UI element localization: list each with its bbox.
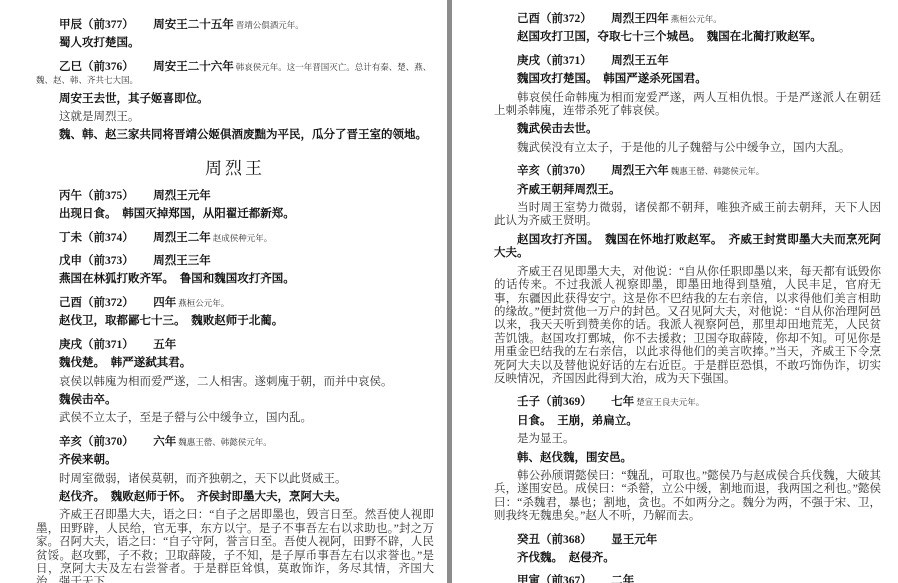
paragraph: 韩哀侯任命韩廆为相而宠爱严遂，两人互相仇恨。于是严遂派人在朝廷上刺杀韩廆，连带杀… bbox=[494, 92, 881, 119]
year-ganzhi: 甲寅（前367） bbox=[517, 575, 592, 583]
year-ganzhi: 丙午（前375） bbox=[59, 190, 134, 202]
event-line: 魏伐楚。 韩严遂弑其君。 bbox=[36, 357, 434, 370]
paragraph: 齐威王召即墨大夫，语之曰：“自子之居即墨也，毁言日至。然吾使人视即墨，田野辟，人… bbox=[36, 509, 434, 583]
year-entry: 壬子（前369）七年楚宣王良夫元年。 bbox=[494, 396, 881, 409]
note-line: 这就是周烈王。 bbox=[36, 111, 434, 124]
year-ganzhi: 己酉（前372） bbox=[59, 297, 134, 309]
note-line: 是为显王。 bbox=[494, 433, 881, 446]
year-ganzhi: 庚戌（前371） bbox=[517, 55, 592, 67]
year-entry: 丙午（前375）周烈王元年 bbox=[36, 190, 434, 203]
year-title: 四年 bbox=[153, 297, 176, 309]
year-title: 七年 bbox=[611, 396, 634, 408]
year-entry: 庚戌（前371）周烈王五年 bbox=[494, 55, 881, 68]
year-title: 周烈王二年 bbox=[153, 232, 211, 244]
year-entry: 己酉（前372）四年燕桓公元年。 bbox=[36, 297, 434, 310]
year-ganzhi: 己酉（前372） bbox=[517, 13, 592, 25]
paragraph: 当时周王室势力微弱，诸侯都不朝拜，唯独齐威王前去朝拜，天下人因此认为齐威王贤明。 bbox=[494, 202, 881, 229]
year-ganzhi: 癸丑（前368） bbox=[517, 534, 592, 546]
year-title: 周安王二十六年 bbox=[153, 61, 234, 73]
event-line: 齐威王朝拜周烈王。 bbox=[494, 184, 881, 197]
event-line: 齐伐魏。 赵侵齐。 bbox=[494, 552, 881, 565]
paragraph: 齐威王召见即墨大夫，对他说：“自从你任职即墨以来，每天都有诋毁你的话传来。不过我… bbox=[494, 266, 881, 387]
event-line: 魏、韩、赵三家共同将晋靖公姬俱酒废黜为平民，瓜分了晋王室的领地。 bbox=[36, 129, 434, 142]
year-title: 二年 bbox=[611, 575, 634, 583]
event-line: 日食。 王崩，弟扁立。 bbox=[494, 415, 881, 428]
page-left: 甲辰（前377）周安王二十五年晋靖公俱酒元年。蜀人攻打楚国。乙巳（前376）周安… bbox=[0, 0, 447, 583]
note-line: 时周室微弱，诸侯莫朝，而齐独朝之，天下以此贤威王。 bbox=[36, 473, 434, 486]
event-line: 韩、赵伐魏，围安邑。 bbox=[494, 452, 881, 465]
year-ganzhi: 辛亥（前370） bbox=[59, 436, 134, 448]
note-line: 武侯不立太子，至是子罃与公中缓争立，国内乱。 bbox=[36, 412, 434, 425]
year-title: 周安王二十五年 bbox=[153, 19, 234, 31]
event-line: 赵国攻打齐国。 魏国在怀地打败赵军。 齐威王封赏即墨大夫而烹死阿大夫。 bbox=[494, 234, 881, 261]
year-annotation: 晋靖公俱酒元年。 bbox=[236, 20, 304, 30]
year-entry: 辛亥（前370）周烈王六年魏惠王罃、韩懿侯元年。 bbox=[494, 165, 881, 178]
event-line: 出现日食。 韩国灭掉郑国，从阳翟迁都新郑。 bbox=[36, 208, 434, 221]
note-line: 哀侯以韩廆为相而爱严遂，二人相害。遂刺廆于朝，而并中哀侯。 bbox=[36, 376, 434, 389]
year-entry: 甲辰（前377）周安王二十五年晋靖公俱酒元年。 bbox=[36, 19, 434, 32]
year-title: 周烈王三年 bbox=[153, 255, 211, 267]
year-ganzhi: 庚戌（前371） bbox=[59, 339, 134, 351]
event-line: 赵国攻打卫国，夺取七十三个城邑。 魏国在北蔺打败赵军。 bbox=[494, 31, 881, 44]
year-annotation: 魏惠王罃、韩懿侯元年。 bbox=[671, 166, 765, 176]
event-line: 燕国在林狐打败齐军。 鲁国和魏国攻打齐国。 bbox=[36, 273, 434, 286]
year-ganzhi: 丁未（前374） bbox=[59, 232, 134, 244]
chapter-heading: 周烈王 bbox=[36, 158, 434, 180]
year-title: 六年 bbox=[153, 436, 176, 448]
event-line: 周安王去世，其子姬喜即位。 bbox=[36, 93, 434, 106]
event-line: 魏侯击卒。 bbox=[36, 394, 434, 407]
year-annotation: 楚宣王良夫元年。 bbox=[636, 397, 704, 407]
year-ganzhi: 壬子（前369） bbox=[517, 396, 592, 408]
year-entry: 乙巳（前376）周安王二十六年韩哀侯元年。这一年晋国灭亡。总计有秦、楚、燕、魏、… bbox=[36, 61, 434, 88]
event-line: 蜀人攻打楚国。 bbox=[36, 37, 434, 50]
note-line: 魏武侯没有立太子，于是他的儿子魏罃与公中缓争立，国内大乱。 bbox=[494, 142, 881, 155]
year-ganzhi: 戊申（前373） bbox=[59, 255, 134, 267]
year-title: 五年 bbox=[153, 339, 176, 351]
event-line: 魏武侯击去世。 bbox=[494, 123, 881, 136]
event-line: 赵伐齐。 魏败赵师于怀。 齐侯封即墨大夫，烹阿大夫。 bbox=[36, 491, 434, 504]
year-title: 周烈王六年 bbox=[611, 165, 669, 177]
year-ganzhi: 乙巳（前376） bbox=[59, 61, 134, 73]
year-entry: 己酉（前372）周烈王四年燕桓公元年。 bbox=[494, 13, 881, 26]
year-title: 周烈王五年 bbox=[611, 55, 669, 67]
page-right: 己酉（前372）周烈王四年燕桓公元年。赵国攻打卫国，夺取七十三个城邑。 魏国在北… bbox=[452, 0, 898, 583]
year-entry: 辛亥（前370）六年魏惠王罃、韩懿侯元年。 bbox=[36, 436, 434, 449]
year-ganzhi: 甲辰（前377） bbox=[59, 19, 134, 31]
year-annotation: 魏惠王罃、韩懿侯元年。 bbox=[178, 437, 272, 447]
year-entry: 庚戌（前371）五年 bbox=[36, 339, 434, 352]
event-line: 魏国攻打楚国。 韩国严遂杀死国君。 bbox=[494, 73, 881, 86]
book-spread: 甲辰（前377）周安王二十五年晋靖公俱酒元年。蜀人攻打楚国。乙巳（前376）周安… bbox=[0, 0, 898, 583]
year-annotation: 赵成侯种元年。 bbox=[213, 233, 273, 243]
year-annotation: 燕桓公元年。 bbox=[178, 298, 229, 308]
year-annotation: 燕桓公元年。 bbox=[671, 14, 722, 24]
event-line: 齐侯来朝。 bbox=[36, 454, 434, 467]
paragraph: 韩公孙颀谓懿侯曰：“魏乱，可取也。”懿侯乃与赵成侯合兵伐魏，大破其兵，遂围安邑。… bbox=[494, 470, 881, 524]
year-entry: 癸丑（前368）显王元年 bbox=[494, 534, 881, 547]
year-title: 周烈王元年 bbox=[153, 190, 211, 202]
year-ganzhi: 辛亥（前370） bbox=[517, 165, 592, 177]
year-entry: 戊申（前373）周烈王三年 bbox=[36, 255, 434, 268]
year-title: 周烈王四年 bbox=[611, 13, 669, 25]
event-line: 赵伐卫，取都鄙七十三。 魏败赵师于北蔺。 bbox=[36, 315, 434, 328]
year-title: 显王元年 bbox=[611, 534, 657, 546]
year-entry: 甲寅（前367）二年 bbox=[494, 575, 881, 583]
year-entry: 丁未（前374）周烈王二年赵成侯种元年。 bbox=[36, 232, 434, 245]
